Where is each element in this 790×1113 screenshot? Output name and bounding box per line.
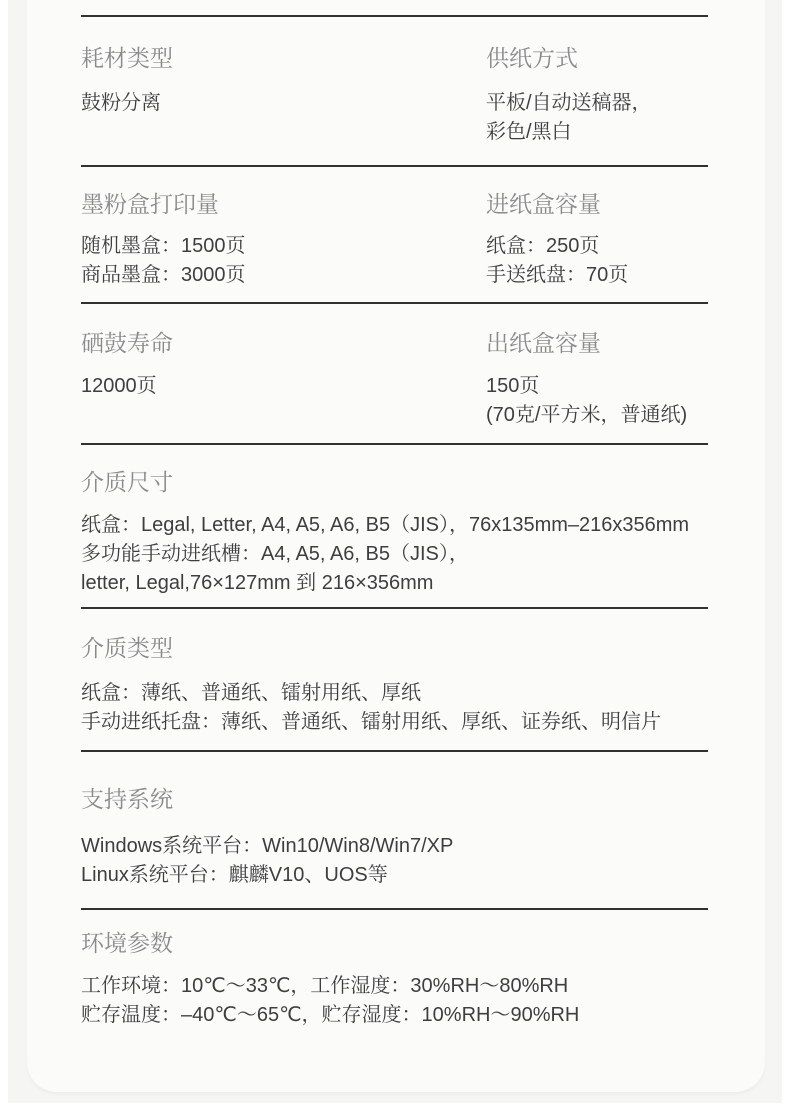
spec-section-title: 硒鼓寿命 (81, 328, 486, 358)
spec-page: 耗材类型 鼓粉分离 供纸方式 平板/自动送稿器， 彩色/黑白 墨粉盒打印量 随机… (0, 0, 790, 1113)
spec-line: 随机墨盒：1500页 (81, 232, 486, 261)
spec-section-title: 供纸方式 (486, 43, 708, 73)
spec-section-drum-and-output-tray: 硒鼓寿命 12000页 出纸盒容量 150页 (70克/平方米，普通纸) (81, 302, 708, 443)
spec-section-consumable-and-feed: 耗材类型 鼓粉分离 供纸方式 平板/自动送稿器， 彩色/黑白 (81, 15, 708, 165)
spec-line: 纸盒：250页 (486, 232, 708, 261)
spec-line: letter, Legal,76×127mm 到 216×356mm (81, 569, 708, 598)
spec-section-title: 支持系统 (81, 784, 708, 814)
spec-line: 彩色/黑白 (486, 118, 708, 147)
spec-line: 纸盒：薄纸、普通纸、镭射用纸、厚纸 (81, 679, 708, 708)
spec-section-title: 耗材类型 (81, 43, 486, 73)
spec-line: 商品墨盒：3000页 (81, 261, 486, 290)
spec-section-title: 出纸盒容量 (486, 328, 708, 358)
spec-section-title: 环境参数 (81, 928, 708, 958)
spec-line: Linux系统平台：麒麟V10、UOS等 (81, 861, 708, 890)
spec-line: 手动进纸托盘：薄纸、普通纸、镭射用纸、厚纸、证券纸、明信片 (81, 708, 708, 737)
spec-line: 贮存温度：–40℃～65℃，贮存湿度：10%RH～90%RH (81, 1001, 708, 1030)
spec-line: 150页 (486, 372, 708, 401)
spec-column: 硒鼓寿命 12000页 (81, 328, 486, 430)
spec-section-supported-systems: 支持系统 Windows系统平台：Win10/Win8/Win7/XP Linu… (81, 750, 708, 908)
spec-column: 耗材类型 鼓粉分离 (81, 43, 486, 147)
spec-line: 鼓粉分离 (81, 89, 486, 118)
spec-section-title: 墨粉盒打印量 (81, 189, 486, 219)
spec-line: 12000页 (81, 372, 486, 401)
spec-section-title: 介质类型 (81, 633, 708, 663)
spec-line: 纸盒：Legal, Letter, A4, A5, A6, B5（JIS），76… (81, 511, 708, 540)
spec-line: 手送纸盘：70页 (486, 261, 708, 290)
spec-line: 多功能手动进纸槽：A4, A5, A6, B5（JIS）， (81, 540, 708, 569)
spec-section-title: 介质尺寸 (81, 467, 708, 497)
spec-section-environment: 环境参数 工作环境：10℃～33℃，工作湿度：30%RH～80%RH 贮存温度：… (81, 908, 708, 1092)
spec-section-media-type: 介质类型 纸盒：薄纸、普通纸、镭射用纸、厚纸 手动进纸托盘：薄纸、普通纸、镭射用… (81, 607, 708, 750)
spec-section-title: 进纸盒容量 (486, 189, 708, 219)
spec-section-media-size: 介质尺寸 纸盒：Legal, Letter, A4, A5, A6, B5（JI… (81, 443, 708, 607)
spec-column: 出纸盒容量 150页 (70克/平方米，普通纸) (486, 328, 708, 430)
spec-line: 工作环境：10℃～33℃，工作湿度：30%RH～80%RH (81, 972, 708, 1001)
spec-card: 耗材类型 鼓粉分离 供纸方式 平板/自动送稿器， 彩色/黑白 墨粉盒打印量 随机… (27, 0, 765, 1092)
spec-line: Windows系统平台：Win10/Win8/Win7/XP (81, 832, 708, 861)
spec-column: 进纸盒容量 纸盒：250页 手送纸盘：70页 (486, 189, 708, 290)
spec-line: 平板/自动送稿器， (486, 89, 708, 118)
spec-content: 耗材类型 鼓粉分离 供纸方式 平板/自动送稿器， 彩色/黑白 墨粉盒打印量 随机… (27, 0, 765, 1092)
spec-line: (70克/平方米，普通纸) (486, 401, 708, 430)
spec-column: 供纸方式 平板/自动送稿器， 彩色/黑白 (486, 43, 708, 147)
spec-column: 墨粉盒打印量 随机墨盒：1500页 商品墨盒：3000页 (81, 189, 486, 290)
spec-section-toner-and-input-tray: 墨粉盒打印量 随机墨盒：1500页 商品墨盒：3000页 进纸盒容量 纸盒：25… (81, 165, 708, 302)
